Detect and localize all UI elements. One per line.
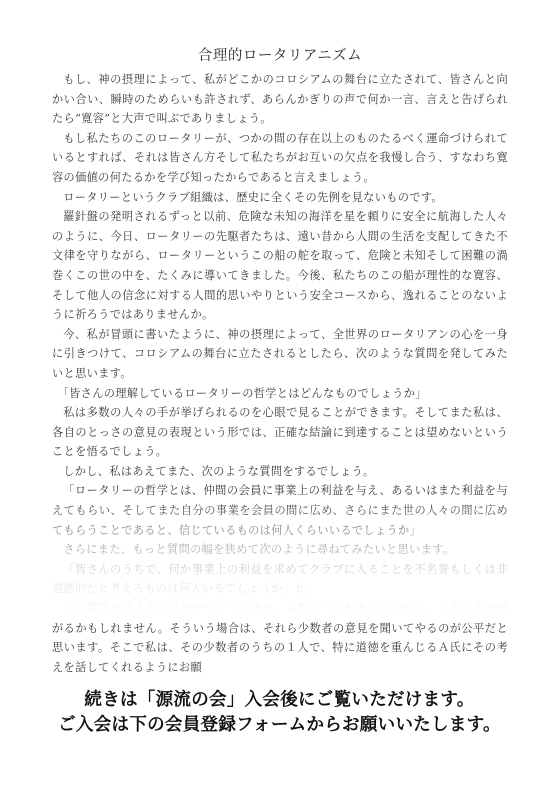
notice-line-2: ご入会は下の会員登録フォームからお願いいたします。: [0, 713, 559, 738]
document-body: 合理的ロータリアニズム もし、神の摂理によって、私がどこかのコロシアムの舞台に立…: [52, 44, 508, 677]
paragraph: もし私たちのこのロータリーが、つかの間の存在以上のものたるべく運命づけられている…: [52, 129, 508, 188]
quote-paragraph: 「皆さんの理解しているロータリーの哲学とはどんなものでしょうか」: [52, 384, 508, 404]
paragraph: ロータリーというクラブ組織は、歴史に全くその先例を見ないものです。: [52, 188, 508, 208]
notice-line-1: 続きは「源流の会」入会後にご覧いただけます。: [0, 688, 559, 713]
paragraph: この質問は皆さんの急所をついています。多数のつぶやき声の中で２、３人の手が挙がる…: [52, 599, 508, 677]
members-only-notice: 続きは「源流の会」入会後にご覧いただけます。 ご入会は下の会員登録フォームからお…: [0, 688, 559, 738]
paragraph: 羅針盤の発明されるずっと以前、危険な未知の海洋を星を頼りに安全に航海した人々のよ…: [52, 207, 508, 325]
document-title: 合理的ロータリアニズム: [52, 44, 508, 68]
paragraph: 今、私が冒頭に書いたように、神の摂理によって、全世界のロータリアンの心を一身に引…: [52, 325, 508, 384]
paragraph: 私は多数の人々の手が挙げられるのを心眼で見ることができます。そしてまた私は、各自…: [52, 403, 508, 462]
quote-paragraph: 「ロータリーの哲学とは、仲間の会員に事業上の利益を与え、あるいはまた利益を与えて…: [52, 481, 508, 540]
quote-paragraph: 「皆さんのうちで、何か事業上の利益を求めてクラブに入ることを不名誉もしくは非道徳…: [52, 560, 508, 599]
paragraph: しかし、私はあえてまた、次のような質問をするでしょう。: [52, 462, 508, 482]
paragraph: もし、神の摂理によって、私がどこかのコロシアムの舞台に立たされて、皆さんと向かい…: [52, 70, 508, 129]
paragraph: さらにまた、もっと質問の幅を狭めて次のように尋ねてみたいと思います。: [52, 540, 508, 560]
